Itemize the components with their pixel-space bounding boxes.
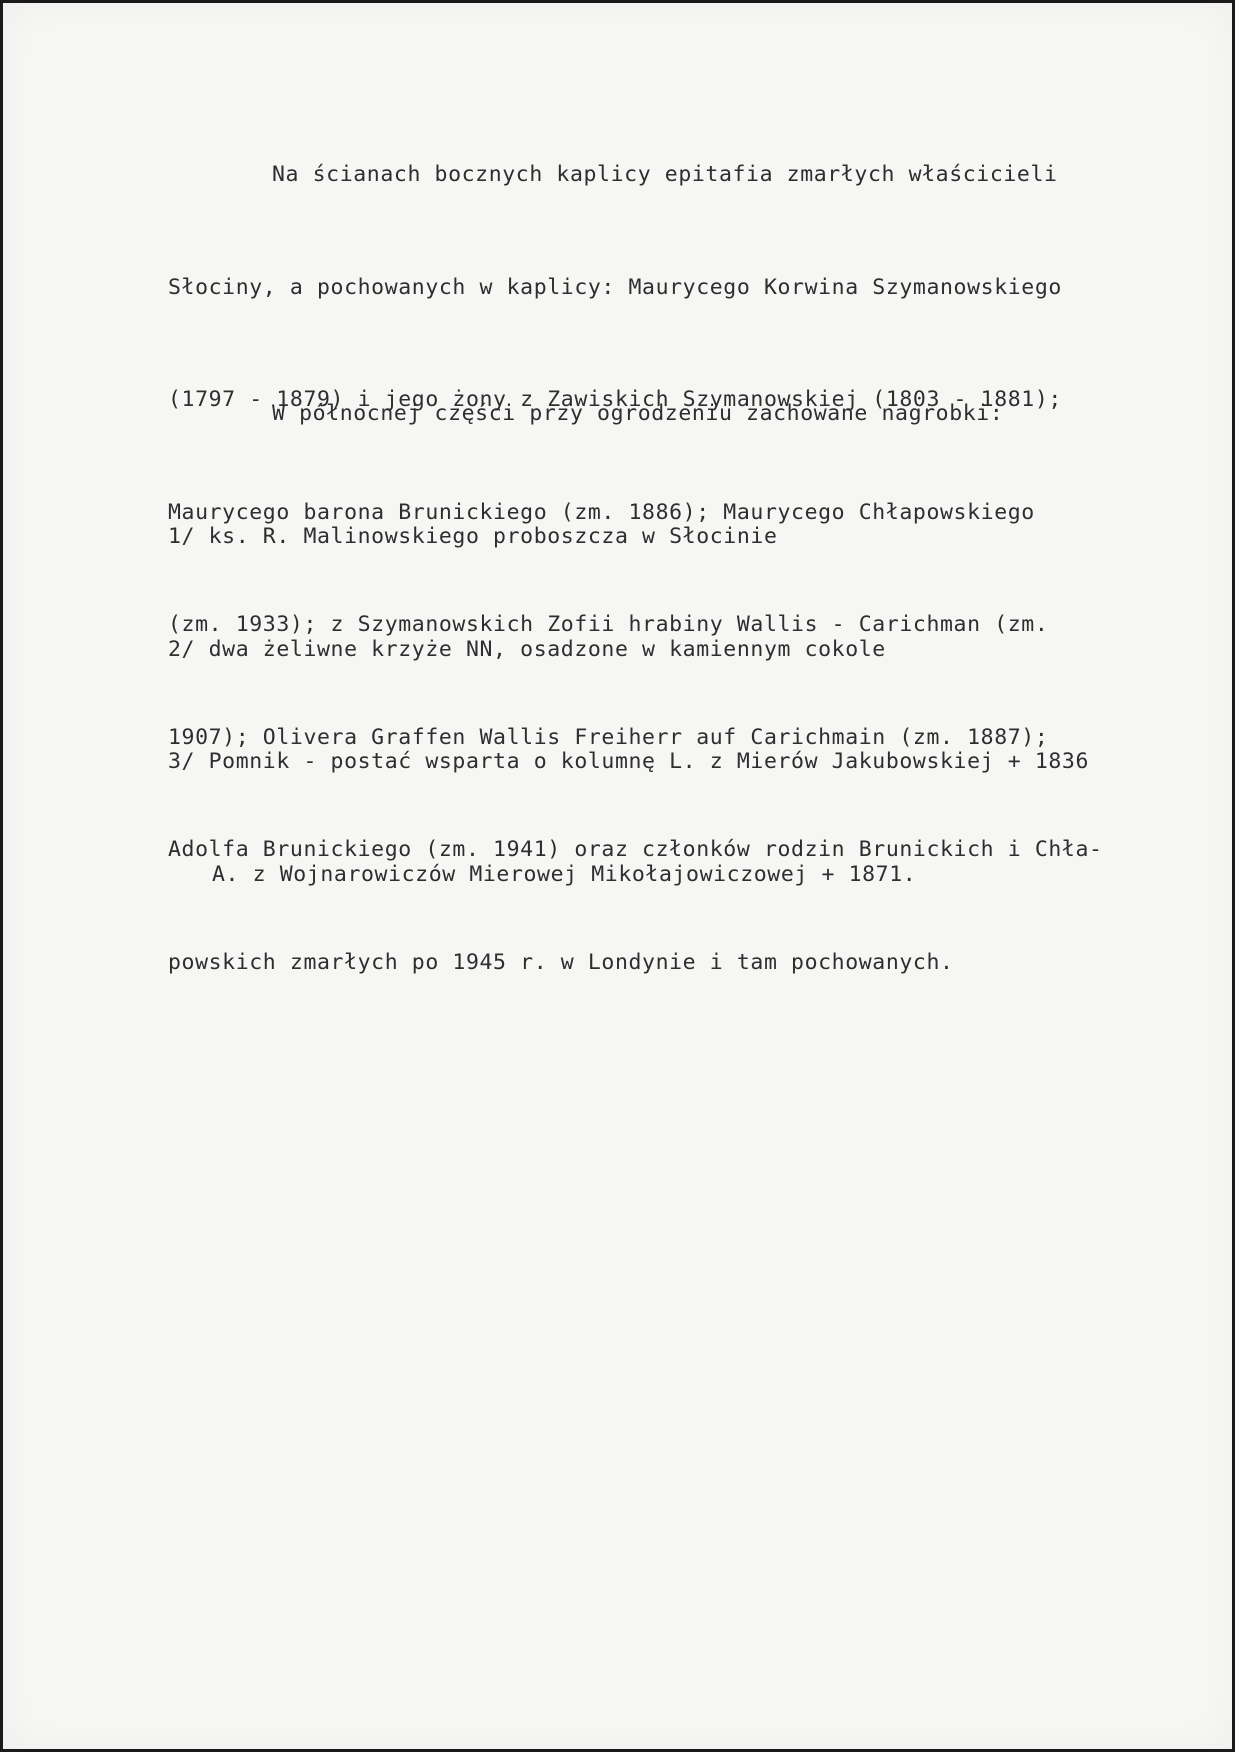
document-page: Na ścianach bocznych kaplicy epitafia zm…: [3, 3, 1232, 1749]
list-item: 2/ dwa żeliwne krzyże NN, osadzone w kam…: [168, 631, 1089, 669]
tombstone-list: 1/ ks. R. Malinowskiego proboszcza w Sło…: [168, 443, 1089, 968]
list-item: 3/ Pomnik - postać wsparta o kolumnę L. …: [168, 743, 1089, 781]
paragraph-tombstones-intro: W północnej części przy ogrodzeniu zacho…: [168, 395, 1003, 433]
list-item: 1/ ks. R. Malinowskiego proboszcza w Sło…: [168, 518, 1089, 556]
list-item-continuation: A. z Wojnarowiczów Mierowej Mikołajowicz…: [168, 856, 1089, 894]
text-line: Na ścianach bocznych kaplicy epitafia zm…: [168, 156, 1103, 194]
text-line: Słociny, a pochowanych w kaplicy: Mauryc…: [168, 269, 1103, 307]
